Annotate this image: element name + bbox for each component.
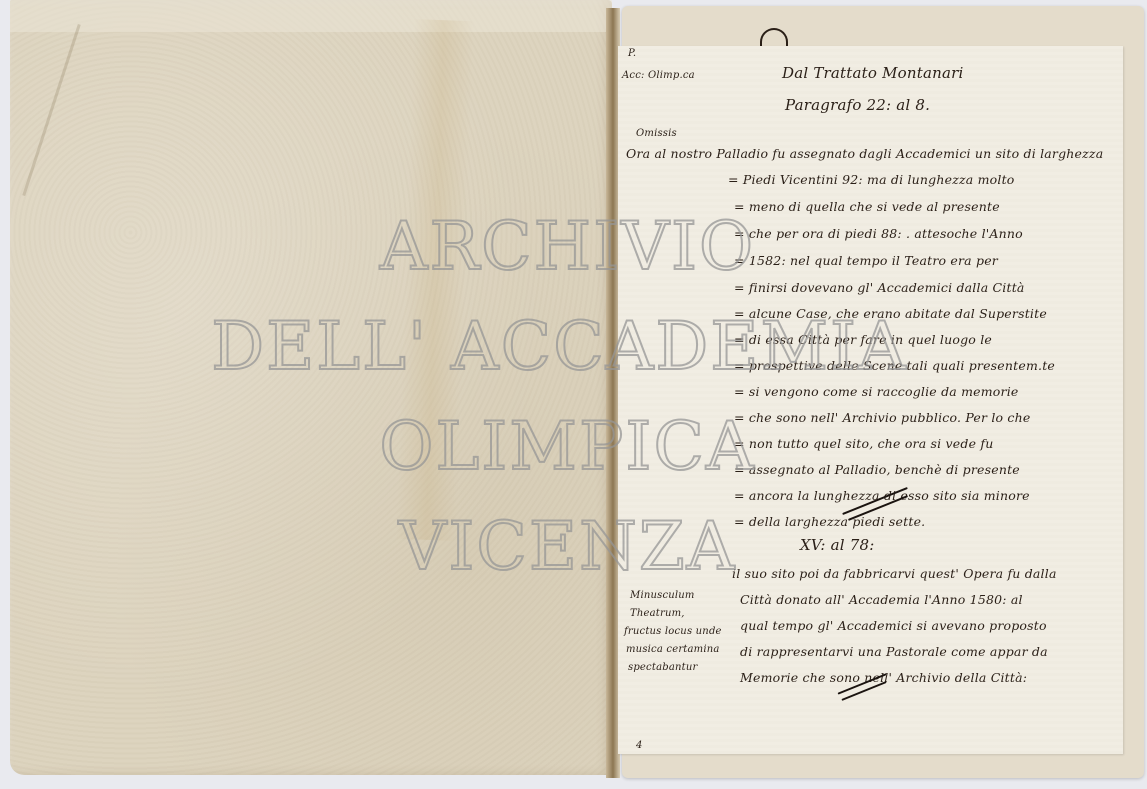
margin-note-latin-line: fructus locus unde <box>624 626 722 637</box>
paragraph2-line: di rappresentarvi una Pastorale come app… <box>740 644 1048 659</box>
paragraph1-line: = Piedi Vicentini 92: ma di lunghezza mo… <box>728 172 1015 187</box>
paragraph1-line: = 1582: nel qual tempo il Teatro era per <box>734 253 998 268</box>
paper-stain <box>396 19 474 541</box>
paragraph1-line: = che sono nell' Archivio pubblico. Per … <box>734 410 1030 425</box>
paragraph1-line: = assegnato al Palladio, benchè di prese… <box>734 462 1020 477</box>
paragraph1-line: = non tutto quel sito, che ora si vede f… <box>734 436 993 451</box>
manuscript-scan: P. Acc: Olimp.ca Dal Trattato Montanari … <box>0 0 1147 789</box>
footer-mark: 4 <box>636 740 643 751</box>
paragraph1-line: = prospettive delle Scene tali quali pre… <box>734 358 1055 373</box>
top-sheet-letter-mark <box>760 28 788 48</box>
margin-note-latin-line: musica certamina <box>626 644 720 655</box>
left-blank-page <box>10 0 612 775</box>
paragraph1-line: = che per ora di piedi 88: . attesoche l… <box>734 226 1023 241</box>
paragraph2-line: il suo sito poi da fabbricarvi quest' Op… <box>732 566 1057 581</box>
section-heading: XV: al 78: <box>800 536 874 554</box>
paragraph1-line: = di essa Città per fare in quel luogo l… <box>734 332 992 347</box>
margin-note-latin-line: Theatrum, <box>630 608 685 619</box>
title-line-1: Dal Trattato Montanari <box>782 64 963 82</box>
corner-note: Acc: Olimp.ca <box>622 70 695 81</box>
margin-note-latin-line: spectabantur <box>628 662 697 673</box>
paragraph1-line: = ancora la lunghezza di esso sito sia m… <box>734 488 1030 503</box>
paragraph1-line: Ora al nostro Palladio fu assegnato dagl… <box>626 146 1103 161</box>
title-line-2: Paragrafo 22: al 8. <box>785 96 930 114</box>
paragraph1-line: = finirsi dovevano gl' Accademici dalla … <box>734 280 1025 295</box>
corner-mark: P. <box>628 48 636 59</box>
paper-crease <box>22 24 80 196</box>
paragraph2-line: qual tempo gl' Accademici si avevano pro… <box>740 618 1047 633</box>
paragraph1-line: = meno di quella che si vede al presente <box>734 199 1000 214</box>
margin-note-omissis: Omissis <box>636 128 677 139</box>
paragraph1-line: = alcune Case, che erano abitate dal Sup… <box>734 306 1047 321</box>
paper-top-band <box>10 0 612 32</box>
margin-note-latin-line: Minusculum <box>630 590 695 601</box>
paragraph1-line: = della larghezza piedi sette. <box>734 514 925 529</box>
paragraph2-line: Città donato all' Accademia l'Anno 1580:… <box>740 592 1023 607</box>
paragraph1-line: = si vengono come si raccoglie da memori… <box>734 384 1019 399</box>
